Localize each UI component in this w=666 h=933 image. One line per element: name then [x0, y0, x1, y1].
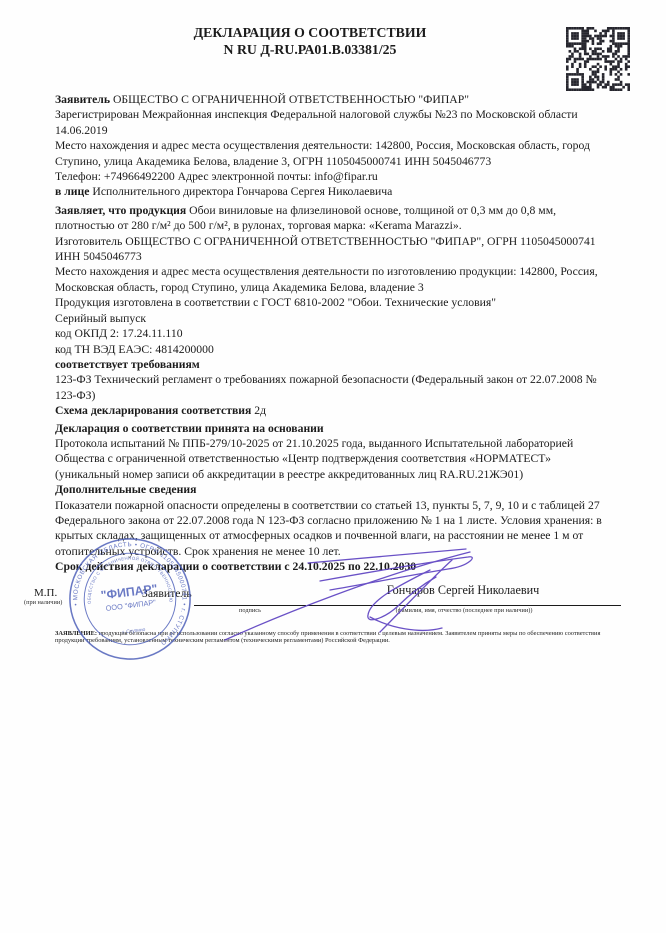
- declares-label: Заявляет, что продукция: [55, 204, 186, 217]
- scheme-label: Схема декларирования соответствия: [55, 404, 251, 417]
- in-person-label: в лице: [55, 185, 89, 198]
- contact-line: Телефон: +74966492200 Адрес электронной …: [55, 169, 613, 184]
- basis-label: Декларация о соответствии принята на осн…: [55, 421, 613, 436]
- manufacturer-line: Изготовитель ОБЩЕСТВО С ОГРАНИЧЕННОЙ ОТВ…: [55, 234, 613, 265]
- applicant-address-line: Место нахождения и адрес места осуществл…: [55, 138, 613, 169]
- seal-note: (при наличии): [24, 599, 62, 606]
- complies-label: соответствует требованиям: [55, 357, 613, 372]
- okpd-code-line: код ОКПД 2: 17.24.11.110: [55, 326, 613, 341]
- in-person-line: в лице Исполнительного директора Гончаро…: [55, 184, 613, 199]
- stamp-bottom-text: г. Ступино: [122, 627, 146, 636]
- scheme-line: Схема декларирования соответствия 2д: [55, 403, 613, 418]
- serial-line: Серийный выпуск: [55, 311, 613, 326]
- additional-label: Дополнительные сведения: [55, 482, 613, 497]
- declaration-number: N RU Д-RU.РА01.В.03381/25: [55, 42, 565, 59]
- registration-date: 14.06.2019: [55, 123, 613, 138]
- title-text: ДЕКЛАРАЦИЯ О СООТВЕТСТВИИ: [55, 25, 565, 42]
- basis-value: Протокола испытаний № ППБ-279/10-2025 от…: [55, 436, 613, 482]
- qr-code-icon: [566, 27, 630, 91]
- applicant-line: Заявитель ОБЩЕСТВО С ОГРАНИЧЕННОЙ ОТВЕТС…: [55, 92, 613, 107]
- tnved-code-line: код ТН ВЭД ЕАЭС: 4814200000: [55, 342, 613, 357]
- declaration-document: ДЕКЛАРАЦИЯ О СООТВЕТСТВИИ N RU Д-RU.РА01…: [0, 0, 666, 933]
- registration-line: Зарегистрирован Межрайонная инспекция Фе…: [55, 107, 613, 138]
- document-title: ДЕКЛАРАЦИЯ О СООТВЕТСТВИИ N RU Д-RU.РА01…: [55, 25, 565, 58]
- complies-value: 123-ФЗ Технический регламент о требовани…: [55, 372, 613, 403]
- applicant-label: Заявитель: [55, 93, 110, 106]
- handwritten-signature: [180, 538, 492, 648]
- gost-line: Продукция изготовлена в соответствии с Г…: [55, 295, 613, 310]
- product-line: Заявляет, что продукция Обои виниловые н…: [55, 203, 613, 234]
- manufacturer-address-line: Место нахождения и адрес места осуществл…: [55, 264, 613, 295]
